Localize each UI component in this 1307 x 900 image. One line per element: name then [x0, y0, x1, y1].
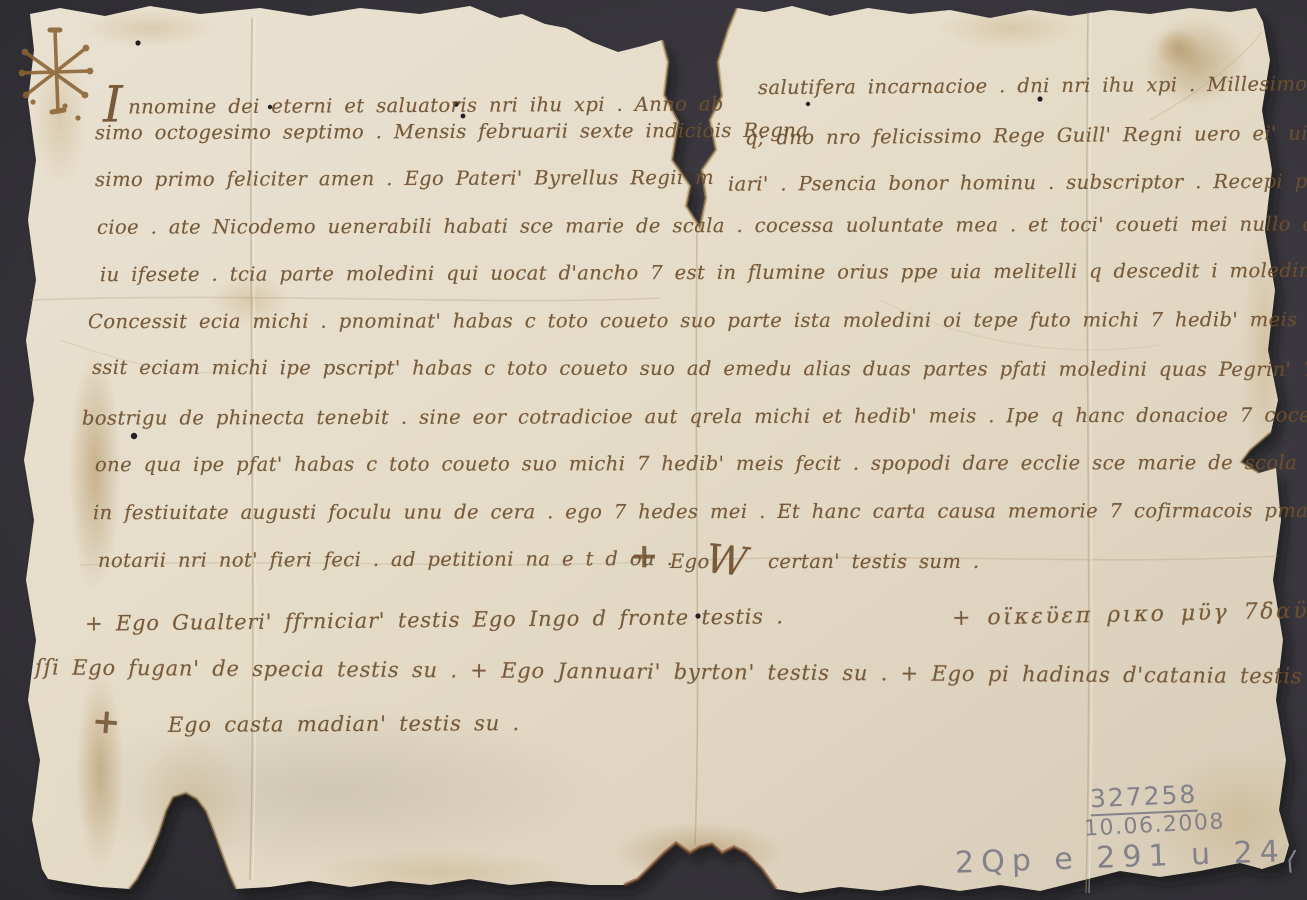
- manuscript-line: bostrigu de phinecta tenebit . sine eor …: [82, 403, 1307, 429]
- manuscript-line: cioe . ate Nicodemo uenerabili habati sc…: [97, 212, 1307, 238]
- notarial-cross: +: [630, 536, 659, 576]
- manuscript-line: Ego: [670, 550, 710, 573]
- manuscript-line: one qua ipe pfat' habas c toto coueto su…: [95, 451, 1307, 476]
- charter-photograph: Innomine dei eterni et saluatoris nri ih…: [0, 0, 1307, 900]
- manuscript-line: ssit eciam michi ipe pscript' habas c to…: [92, 356, 1307, 381]
- witness-cross: +: [91, 701, 123, 743]
- witness-line: Ego casta madian' testis su .: [168, 711, 520, 737]
- manuscript-line: q; dno nro felicissimo Rege Guill' Regni…: [745, 121, 1307, 149]
- manuscript-line: certan' testis sum .: [768, 550, 979, 573]
- manuscript-line: simo primo feliciter amen . Ego Pateri' …: [95, 166, 714, 191]
- manuscript-line: in festiuitate augusti foculu unu de cer…: [93, 499, 1307, 524]
- manuscript-line: Concessit ecia michi . pnominat' habas c…: [88, 308, 1307, 333]
- witness-monogram-w: W: [704, 536, 748, 586]
- manuscript-line: simo octogesimo septimo . Mensis februar…: [95, 119, 808, 144]
- manuscript-line: iu ifesete . tcia parte moledini qui uoc…: [100, 259, 1307, 286]
- manuscript-line: iari' . Psencia bonor hominu . subscript…: [728, 169, 1307, 195]
- manuscript-line: salutifera incarnacioe . dni nri ihu xpi…: [758, 72, 1307, 99]
- manuscript-line: Innomine dei eterni et saluatoris nri ih…: [103, 64, 724, 125]
- manuscript-line: notarii nri not' fieri feci . ad petitio…: [98, 547, 673, 572]
